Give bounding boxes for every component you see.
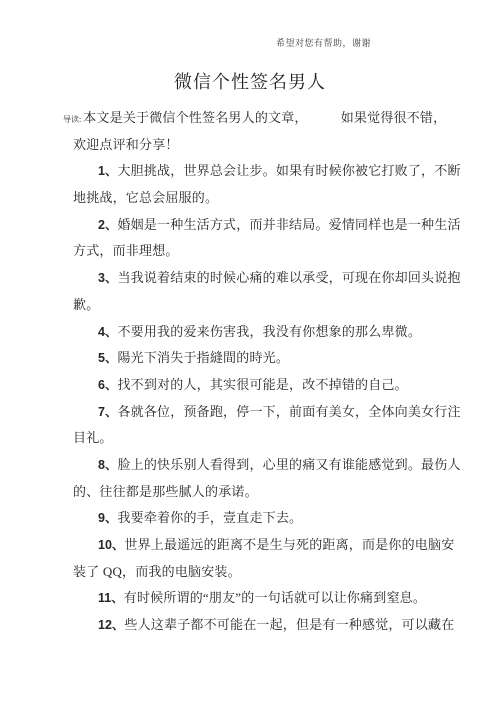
item-number: 6、: [98, 378, 117, 392]
signature-line: 10、世界上最遥远的距离不是生与死的距离，而是你的电脑安: [73, 532, 429, 559]
signature-item: 6、找不到对的人，其实很可能是，改不掉错的自己。: [73, 372, 429, 399]
item-text: 婚姻是一种生活方式，而并非结局。爱情同样也是一种生活: [117, 217, 460, 232]
item-text: 不要用我的爱来伤害我，我没有你想象的那么卑微。: [117, 324, 421, 339]
signature-item: 11、有时候所谓的“朋友”的一句话就可以让你痛到窒息。: [73, 585, 429, 612]
intro-paragraph: 导读:本文是关于微信个性签名男人的文章， 如果觉得很不错， 欢迎点评和分享！: [73, 105, 429, 158]
signature-item: 2、婚姻是一种生活方式，而并非结局。爱情同样也是一种生活方式，而非理想。: [73, 212, 429, 265]
signature-line: 装了 QQ，而我的电脑安装。: [73, 559, 429, 586]
item-text: 世界上最遥远的距离不是生与死的距离，而是你的电脑安: [124, 537, 454, 552]
item-number: 11、: [98, 591, 124, 605]
item-number: 12、: [98, 618, 124, 632]
signature-item: 7、各就各位，预备跑，停一下，前面有美女，全体向美女行注目礼。: [73, 399, 429, 452]
signature-item: 5、陽光下消失于指縫間的時光。: [73, 345, 429, 372]
signature-item: 9、我要牵着你的手，壹直走下去。: [73, 505, 429, 532]
item-text: 当我说着结束的时候心痛的难以承受，可现在你却回头说抱: [117, 270, 460, 285]
signature-line: 1、大胆挑战，世界总会让步。如果有时候你被它打败了，不断: [73, 158, 429, 185]
signature-item: 12、些人这辈子都不可能在一起，但是有一种感觉，可以藏在: [73, 612, 429, 639]
item-text: 些人这辈子都不可能在一起，但是有一种感觉，可以藏在: [124, 617, 454, 632]
item-number: 8、: [98, 458, 117, 472]
item-number: 10、: [98, 538, 124, 552]
signature-line: 6、找不到对的人，其实很可能是，改不掉错的自己。: [73, 372, 429, 399]
signature-item: 1、大胆挑战，世界总会让步。如果有时候你被它打败了，不断地挑战，它总会屈服的。: [73, 158, 429, 211]
item-number: 4、: [98, 325, 117, 339]
signature-line: 9、我要牵着你的手，壹直走下去。: [73, 505, 429, 532]
signature-line: 歉。: [73, 292, 429, 319]
document-page: 希望对您有帮助，谢谢 微信个性签名男人 导读:本文是关于微信个性签名男人的文章，…: [0, 0, 500, 708]
signature-line: 3、当我说着结束的时候心痛的难以承受，可现在你却回头说抱: [73, 265, 429, 292]
page-title: 微信个性签名男人: [0, 68, 500, 94]
signature-item: 10、世界上最遥远的距离不是生与死的距离，而是你的电脑安装了 QQ，而我的电脑安…: [73, 532, 429, 585]
item-number: 9、: [98, 511, 117, 525]
item-text: 陽光下消失于指縫間的時光。: [117, 350, 289, 365]
signature-item: 4、不要用我的爱来伤害我，我没有你想象的那么卑微。: [73, 319, 429, 346]
item-text: 我要牵着你的手，壹直走下去。: [117, 510, 302, 525]
header-note: 希望对您有帮助，谢谢: [276, 36, 371, 49]
signature-line: 方式，而非理想。: [73, 238, 429, 265]
item-text: 大胆挑战，世界总会让步。如果有时候你被它打败了，不断: [117, 163, 460, 178]
signature-line: 12、些人这辈子都不可能在一起，但是有一种感觉，可以藏在: [73, 612, 429, 639]
item-text: 有时候所谓的“朋友”的一句话就可以让你痛到窒息。: [124, 590, 426, 605]
signature-line: 4、不要用我的爱来伤害我，我没有你想象的那么卑微。: [73, 319, 429, 346]
signature-line: 2、婚姻是一种生活方式，而并非结局。爱情同样也是一种生活: [73, 212, 429, 239]
item-text: 脸上的快乐别人看得到，心里的痛又有谁能感觉到。最伤人: [117, 457, 460, 472]
item-number: 7、: [98, 405, 117, 419]
item-number: 5、: [98, 351, 117, 365]
signature-item: 3、当我说着结束的时候心痛的难以承受，可现在你却回头说抱歉。: [73, 265, 429, 318]
signature-line: 的、往往都是那些腻人的承诺。: [73, 479, 429, 506]
signature-item: 8、脸上的快乐别人看得到，心里的痛又有谁能感觉到。最伤人的、往往都是那些腻人的承…: [73, 452, 429, 505]
item-text: 找不到对的人，其实很可能是，改不掉错的自己。: [117, 377, 407, 392]
item-text: 各就各位，预备跑，停一下，前面有美女，全体向美女行注: [117, 404, 460, 419]
intro-text: 本文是关于微信个性签名男人的文章， 如果觉得很不错，: [83, 110, 446, 125]
signature-line: 7、各就各位，预备跑，停一下，前面有美女，全体向美女行注: [73, 399, 429, 426]
intro-label: 导读:: [63, 115, 83, 124]
item-number: 2、: [98, 218, 117, 232]
signature-line: 5、陽光下消失于指縫間的時光。: [73, 345, 429, 372]
item-number: 1、: [98, 164, 117, 178]
signature-line: 11、有时候所谓的“朋友”的一句话就可以让你痛到窒息。: [73, 585, 429, 612]
signature-line: 地挑战，它总会屈服的。: [73, 185, 429, 212]
intro-line: 欢迎点评和分享！: [73, 132, 429, 159]
signature-line: 8、脸上的快乐别人看得到，心里的痛又有谁能感觉到。最伤人: [73, 452, 429, 479]
document-body: 导读:本文是关于微信个性签名男人的文章， 如果觉得很不错， 欢迎点评和分享！ 1…: [73, 105, 429, 639]
item-number: 3、: [98, 271, 117, 285]
intro-line: 导读:本文是关于微信个性签名男人的文章， 如果觉得很不错，: [63, 105, 429, 132]
signature-list: 1、大胆挑战，世界总会让步。如果有时候你被它打败了，不断地挑战，它总会屈服的。2…: [73, 158, 429, 638]
signature-line: 目礼。: [73, 425, 429, 452]
